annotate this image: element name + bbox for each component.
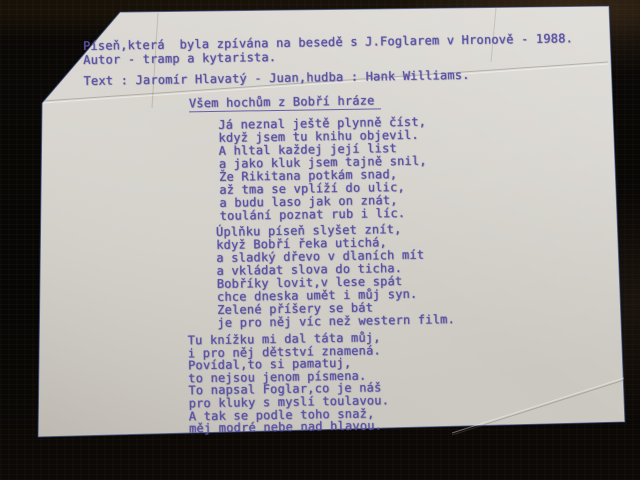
song-title: Všem hochům z Bobří hráze xyxy=(189,94,381,112)
document-header: Píseň,která byla zpívána na besedě s J.F… xyxy=(83,31,574,88)
poem-stanza-1: Já neznal ještě plynně číst, když jsem t… xyxy=(218,116,427,223)
photo-of-lyric-sheet: Píseň,která byla zpívána na besedě s J.F… xyxy=(0,0,640,480)
header-line: Text : Jaromír Hlavatý - Juan,hudba : Ha… xyxy=(83,66,573,88)
poem-line: je pro něj víc než western film. xyxy=(217,313,455,330)
typewritten-text-layer: Píseň,která byla zpívána na besedě s J.F… xyxy=(0,0,640,480)
poem-stanza-2: Úplňku píseň slyšet znít, když Bobří řek… xyxy=(216,222,455,330)
poem-line: měj modré nebe nad hlavou. xyxy=(189,419,390,435)
poem-line: toulání poznat rub i líc. xyxy=(220,207,428,223)
poem-stanza-3: Tu knížku mi dal táta můj, i pro něj dět… xyxy=(188,331,390,435)
